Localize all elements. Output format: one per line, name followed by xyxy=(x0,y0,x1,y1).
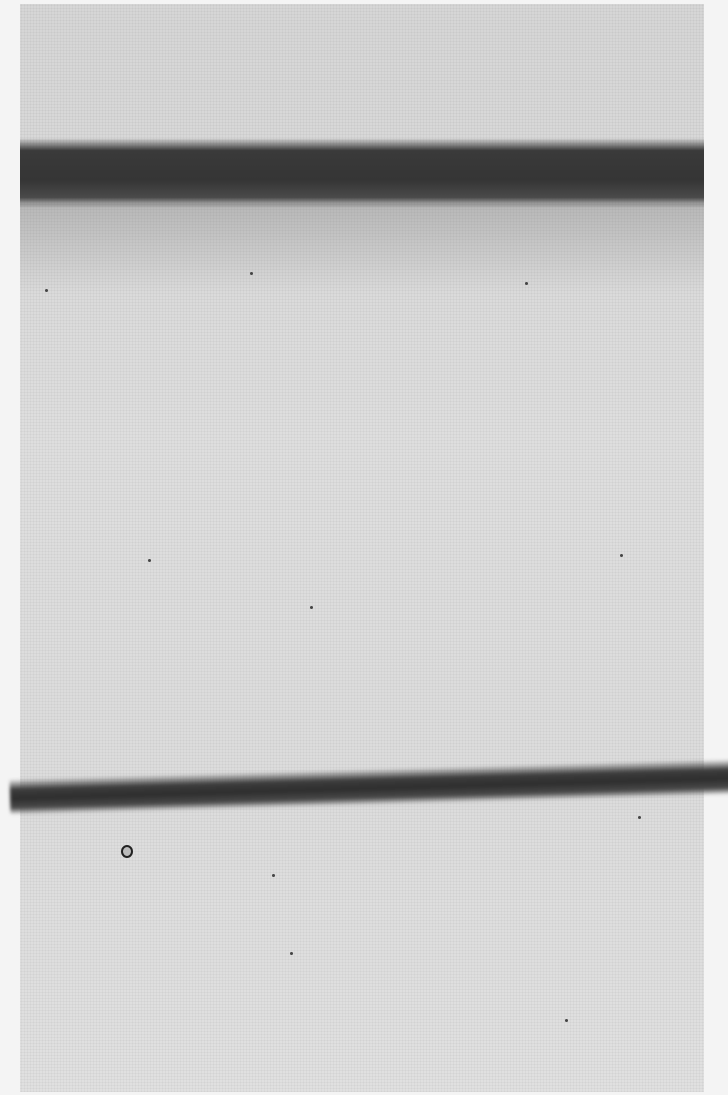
speck xyxy=(525,282,528,285)
speck xyxy=(620,554,623,557)
band-shadow xyxy=(20,204,704,294)
speck xyxy=(148,559,151,562)
speck xyxy=(250,272,253,275)
speck xyxy=(310,606,313,609)
speck xyxy=(638,816,641,819)
speck xyxy=(565,1019,568,1022)
speck xyxy=(290,952,293,955)
dark-band-bottom xyxy=(9,758,728,815)
circular-artifact xyxy=(121,845,133,858)
speck xyxy=(272,874,275,877)
dark-band-top xyxy=(20,138,704,208)
photo-plate xyxy=(20,4,704,1092)
speck xyxy=(45,289,48,292)
